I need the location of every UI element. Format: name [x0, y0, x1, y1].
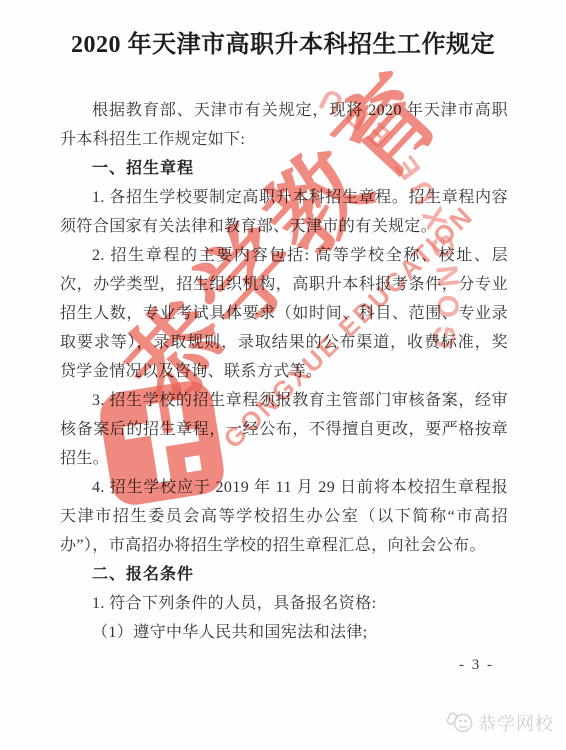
document-page: 2020 年天津市高职升本科招生工作规定 根据教育部、天津市有关规定，现将 20… [0, 0, 566, 750]
document-title: 2020 年天津市高职升本科招生工作规定 [40, 28, 526, 62]
paragraph: 根据教育部、天津市有关规定，现将 2020 年天津市高职升本科招生工作规定如下: [60, 96, 508, 154]
paragraph: 2. 招生章程的主要内容包括: 高等学校全称、校址、层次，办学类型，招生组织机构… [60, 241, 508, 386]
paragraph: 4. 招生学校应于 2019 年 11 月 29 日前将本校招生章程报天津市招生… [60, 473, 508, 560]
brand-watermark: 恭学网校 [443, 709, 554, 737]
paragraph: 1. 各招生学校要制定高职升本科招生章程。招生章程内容须符合国家有关法律和教育部… [60, 183, 508, 241]
paragraph: 3. 招生学校的招生章程须报教育主管部门审核备案，经审核备案后的招生章程，一经公… [60, 386, 508, 473]
paragraph: 1. 符合下列条件的人员，具备报名资格: [60, 589, 508, 618]
page-number: - 3 - [459, 657, 494, 674]
section-heading: 二、报名条件 [60, 560, 508, 589]
section-heading: 一、招生章程 [60, 154, 508, 183]
paragraph: （1）遵守中华人民共和国宪法和法律; [60, 618, 508, 647]
document-body: 根据教育部、天津市有关规定，现将 2020 年天津市高职升本科招生工作规定如下:… [60, 96, 508, 647]
brand-label: 恭学网校 [478, 710, 554, 736]
gongxue-logo-icon [443, 709, 477, 737]
